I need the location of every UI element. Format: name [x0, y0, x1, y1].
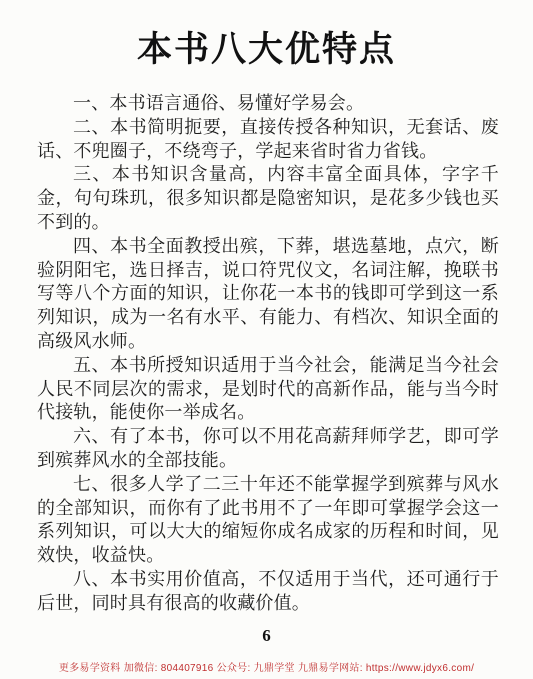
page-number: 6: [0, 626, 533, 646]
point-6: 六、有了本书，你可以不用花高薪拜师学艺，即可学到殡葬风水的全部技能。: [37, 425, 499, 473]
point-2: 二、本书简明扼要，直接传授各种知识，无套话、废话、不兜圈子，不绕弯子，学起来省时…: [37, 116, 499, 164]
point-5: 五、本书所授知识适用于当今社会，能满足当今社会人民不同层次的需求，是划时代的高新…: [37, 354, 499, 425]
book-page: 本书八大优特点 一、本书语言通俗、易懂好学易会。 二、本书简明扼要，直接传授各种…: [0, 0, 533, 679]
point-7: 七、很多人学了二三十年还不能掌握学到殡葬与风水的全部知识，而你有了此书用不了一年…: [37, 473, 499, 568]
point-1: 一、本书语言通俗、易懂好学易会。: [37, 92, 499, 116]
point-4: 四、本书全面教授出殡，下葬，堪选墓地，点穴，断验阴阳宅，选日择吉，说口符咒仪文，…: [37, 235, 499, 354]
body-text: 一、本书语言通俗、易懂好学易会。 二、本书简明扼要，直接传授各种知识，无套话、废…: [37, 92, 499, 616]
point-3: 三、本书知识含量高，内容丰富全面具体，字字千金，句句珠玑，很多知识都是隐密知识，…: [37, 163, 499, 234]
page-title: 本书八大优特点: [0, 22, 533, 72]
footer-watermark: 更多易学资料 加微信: 804407916 公众号: 九鼎学堂 九鼎易学网站: …: [0, 659, 533, 674]
point-8: 八、本书实用价值高，不仅适用于当代，还可通行于后世，同时具有很高的收藏价值。: [37, 568, 499, 616]
